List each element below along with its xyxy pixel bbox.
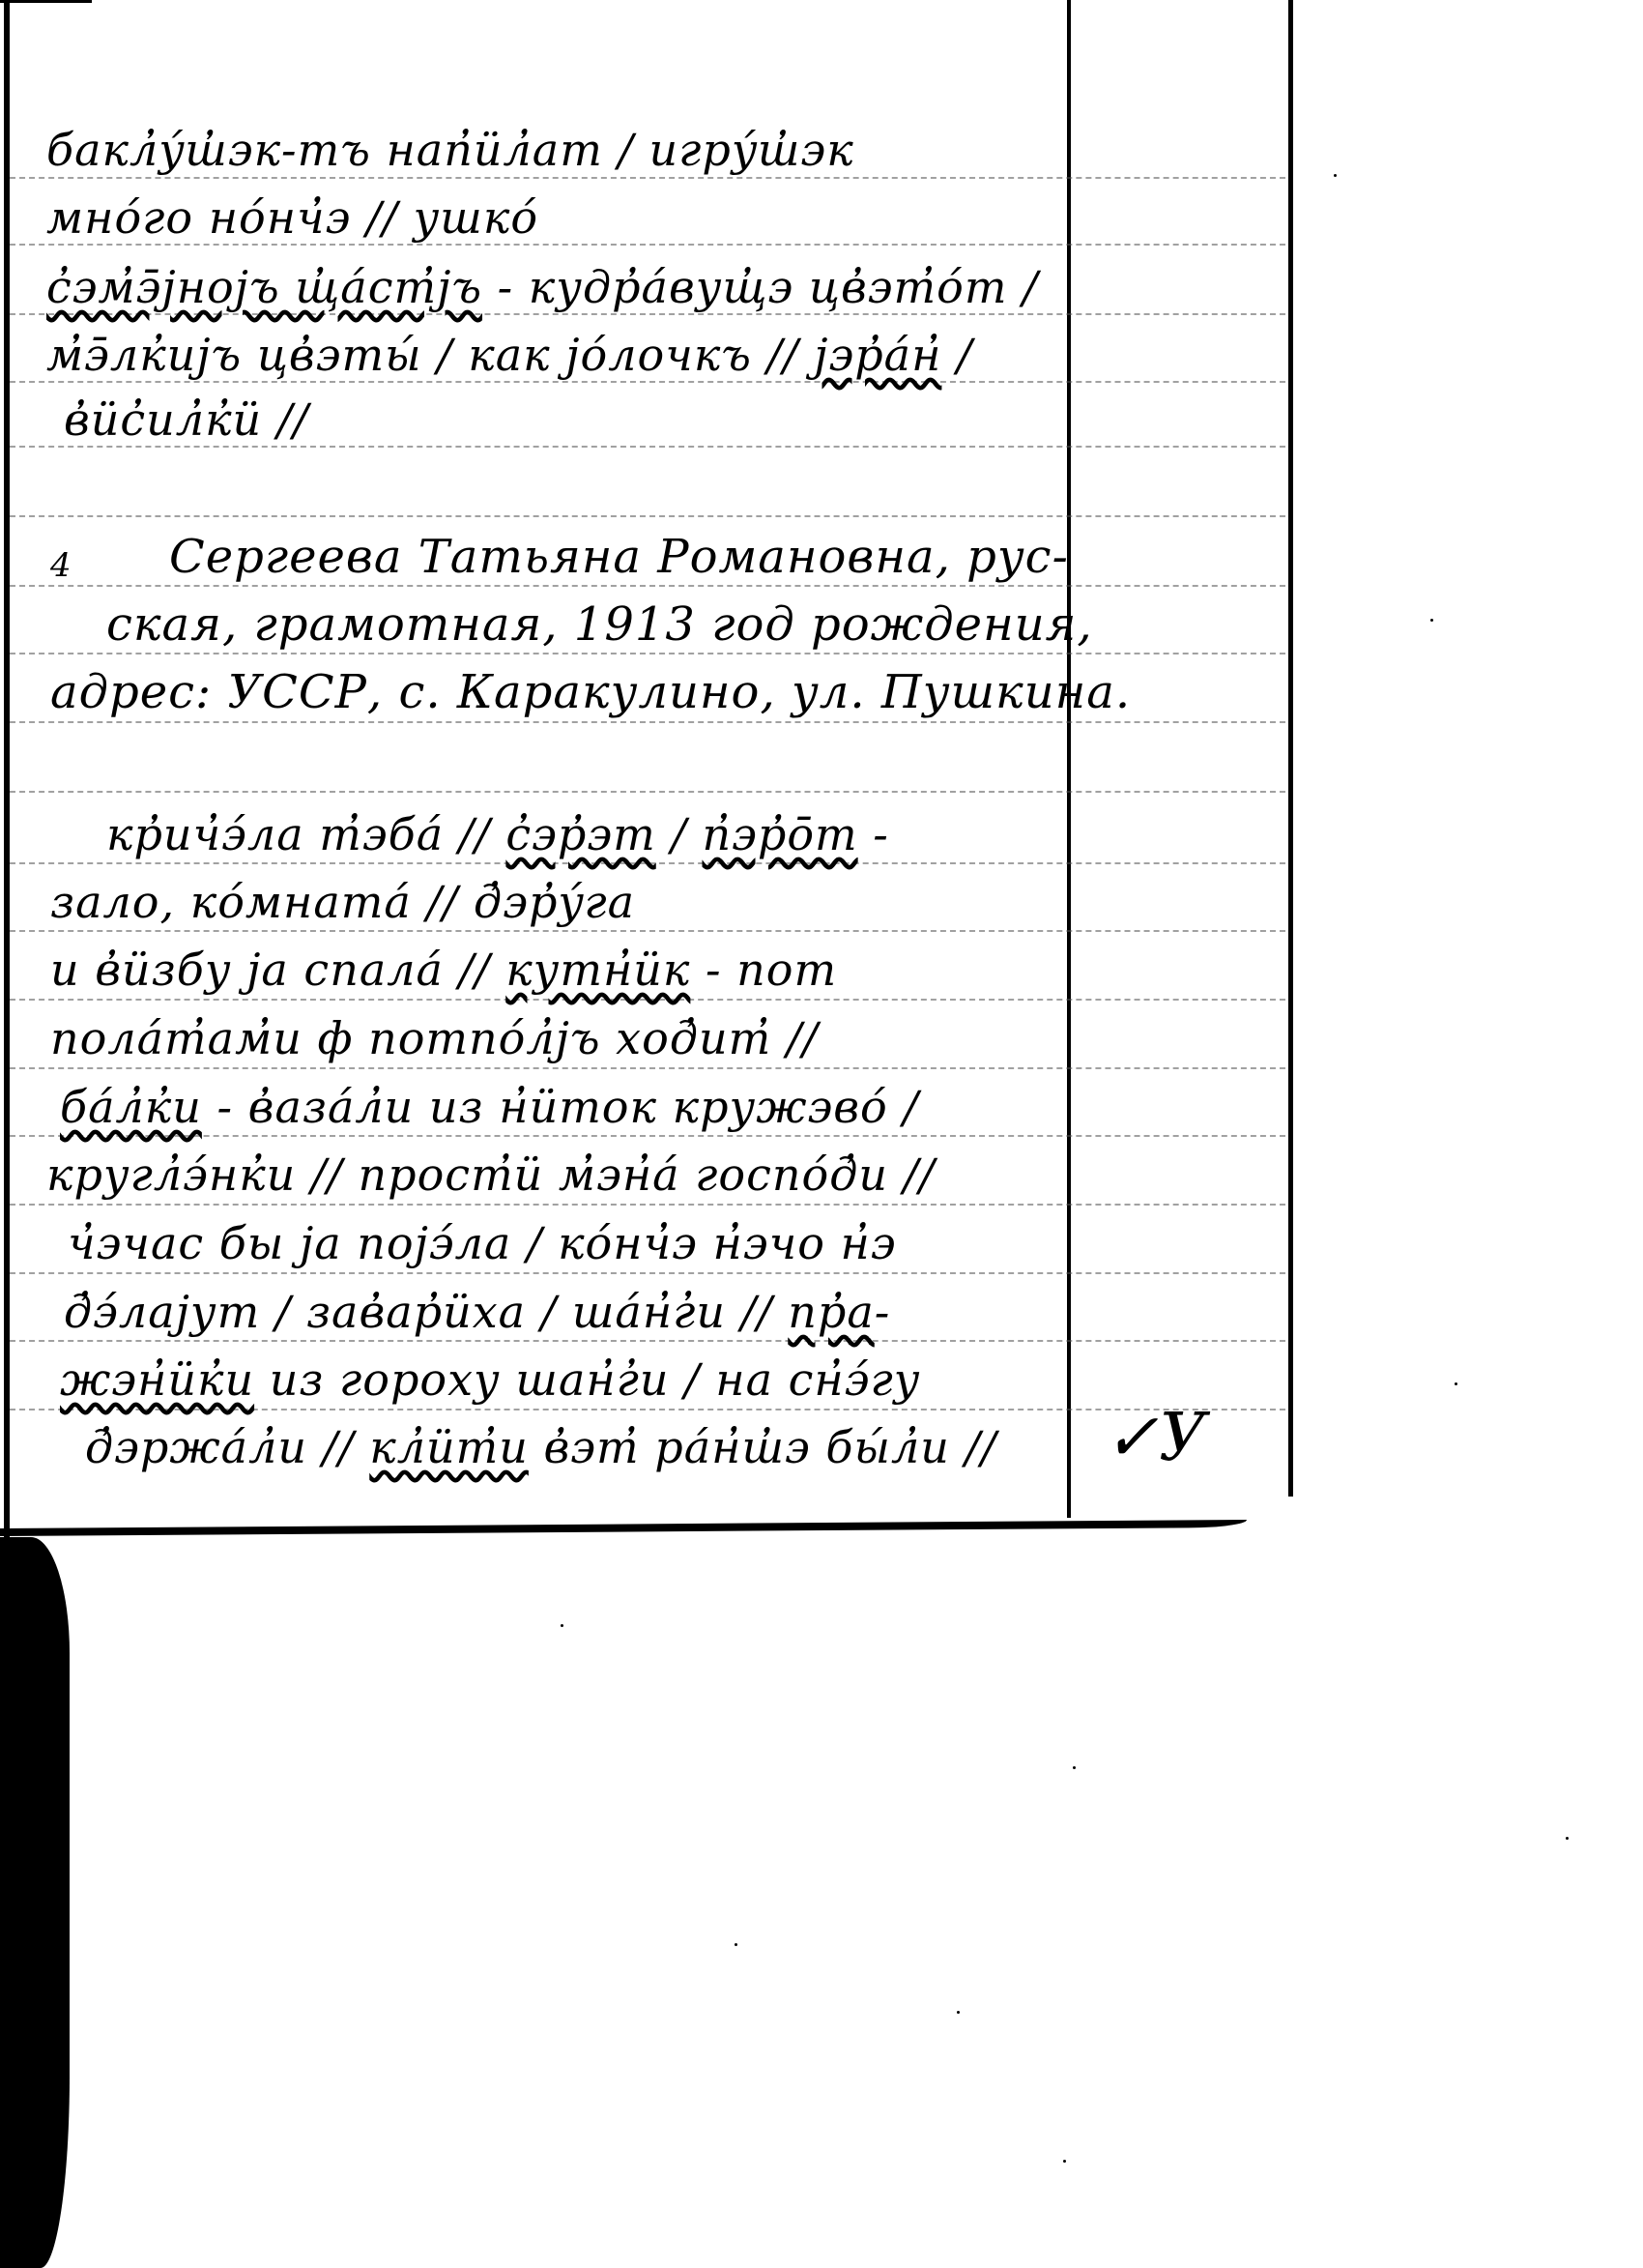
text-segment: // ушкó — [366, 191, 538, 244]
informant-line-3: адрес: УССР, с. Каракулино, ул. Пушкина. — [50, 665, 1131, 719]
text-segment: кругл̓э́нк̓и // прост̓ӥ м̓эн̓а́ госпо́д̓… — [46, 1149, 936, 1201]
text-segment: зало, ко́мната́ // д̓эр̓ýга — [50, 876, 635, 928]
text-segment: мнóго нóнч̓э — [46, 191, 366, 244]
text-line: мнóго нóнч̓э // ушкó — [46, 191, 538, 244]
text-line: кр̓ич̓э́ла т̓эба́ // с̓эр̓эт / п̓эр̓о̄т … — [106, 808, 889, 860]
ruled-line — [10, 721, 1285, 723]
text-line: бакл̓ýш̓эк-тъ нап̓ӥл̓ат / игрýш̓эк — [46, 124, 854, 176]
text-segment: / — [656, 808, 703, 860]
underlined-word: с̓эм̓э̄jнojъ щ̓áст̓jъ — [46, 261, 482, 313]
text-segment: пола́т̓ам̓и ф потпо́л̓jъ ход̓ит̓ // — [50, 1012, 819, 1064]
notebook-page: бакл̓ýш̓эк-тъ нап̓ӥл̓ат / игрýш̓эк мнóго… — [0, 0, 1643, 2268]
text-segment: в̓ӥс̓ил̓к̓ӥ // — [64, 393, 309, 446]
ruled-line — [10, 862, 1285, 864]
underlined-word: п̓эр̓о̄т — [703, 808, 858, 860]
text-segment: из гороху шан̓г̓и / на сн̓э́гу — [254, 1353, 920, 1406]
text-segment: д̓эржа́л̓и // — [85, 1421, 369, 1473]
scan-speck — [1334, 174, 1337, 177]
scan-speck — [1455, 1382, 1457, 1385]
scan-speck — [1566, 1837, 1569, 1840]
text-line: м̓э̄лк̓иjъ цв̓эты́ / как jóлочкъ // jэр̓… — [46, 329, 973, 381]
text-line: д̓э́лаjут / зав̓ар̓ӥха / ша́н̓г̓и // пр̓… — [64, 1286, 890, 1338]
ruled-line — [10, 515, 1285, 517]
ruled-line — [10, 381, 1285, 383]
margin-mark: У — [1159, 1400, 1206, 1476]
ruled-line — [10, 177, 1285, 179]
ruled-line — [10, 1067, 1285, 1069]
text-segment: / — [941, 329, 972, 381]
scan-speck — [561, 1624, 563, 1627]
text-segment: - кудр̓áвущ̓э цв̓эт̓óт / — [482, 261, 1039, 313]
ruled-line — [10, 791, 1285, 793]
scan-speck — [1063, 2160, 1066, 2163]
text-line: зало, ко́мната́ // д̓эр̓ýга — [50, 876, 635, 928]
underlined-word: жэн̓ӥк̓и — [60, 1353, 254, 1406]
bottom-page-edge — [0, 1520, 1247, 1536]
ruled-line — [10, 930, 1285, 932]
underlined-word: кл̓ӥт̓и — [369, 1421, 529, 1473]
text-segment: ч̓эчас бы jа поjэ́ла / ко́нч̓э н̓эчо н̓э — [68, 1217, 897, 1269]
text-segment: бакл̓ýш̓эк-тъ нап̓ӥл̓ат / игрýш̓эк — [46, 124, 854, 176]
text-segment: - пот — [690, 944, 837, 996]
informant-line-1: Сергеева Татьяна Романовна, рус- — [169, 530, 1069, 584]
scan-shadow — [0, 1537, 70, 2268]
ruled-line — [10, 1340, 1285, 1342]
text-line: д̓эржа́л̓и // кл̓ӥт̓и в̓эт̓ ра́н̓ш̓э бы́… — [85, 1421, 996, 1473]
text-segment: - — [875, 1286, 891, 1338]
text-line: ч̓эчас бы jа поjэ́ла / ко́нч̓э н̓эчо н̓э — [68, 1217, 897, 1269]
ruled-line — [10, 999, 1285, 1001]
text-segment: и в̓ӥзбу jа спала́ // — [50, 944, 505, 996]
top-border-stub — [0, 0, 92, 3]
underlined-word: ба́л̓к̓и — [60, 1081, 202, 1133]
ruled-line — [10, 1204, 1285, 1206]
ruled-line — [10, 653, 1285, 654]
margin-rule-line — [1067, 0, 1071, 1518]
text-line: и в̓ӥзбу jа спала́ // кутн̓ӥк - пот — [50, 944, 837, 996]
ruled-line — [10, 1409, 1285, 1410]
underlined-word: пр̓а — [788, 1286, 875, 1338]
left-page-border — [4, 0, 10, 1537]
text-segment: м̓э̄лк̓иjъ цв̓эты́ / как jóлочкъ // — [46, 329, 814, 381]
scan-speck — [1073, 1766, 1076, 1769]
ruled-line — [10, 585, 1285, 587]
informant-number: 4 — [50, 546, 72, 585]
text-line: ба́л̓к̓и - в̓аза́л̓и из н̓ӥток кружэво́ … — [60, 1081, 919, 1133]
ruled-line — [10, 1272, 1285, 1274]
underlined-word: jэр̓áн̓ — [814, 329, 941, 381]
text-segment: - в̓аза́л̓и из н̓ӥток кружэво́ / — [202, 1081, 919, 1133]
underlined-word: кутн̓ӥк — [505, 944, 690, 996]
ruled-line — [10, 244, 1285, 246]
text-line: жэн̓ӥк̓и из гороху шан̓г̓и / на сн̓э́гу — [60, 1353, 920, 1406]
underlined-word: с̓эр̓эт — [505, 808, 655, 860]
right-page-edge — [1288, 0, 1293, 1497]
ruled-line — [10, 313, 1285, 315]
text-line: пола́т̓ам̓и ф потпо́л̓jъ ход̓ит̓ // — [50, 1012, 819, 1064]
text-line: с̓эм̓э̄jнojъ щ̓áст̓jъ - кудр̓áвущ̓э цв̓э… — [46, 261, 1039, 313]
text-line: кругл̓э́нк̓и // прост̓ӥ м̓эн̓а́ госпо́д̓… — [46, 1149, 936, 1201]
text-segment: в̓эт̓ ра́н̓ш̓э бы́л̓и // — [529, 1421, 997, 1473]
ruled-line — [10, 446, 1285, 448]
scan-speck — [957, 2011, 960, 2014]
text-segment: д̓э́лаjут / зав̓ар̓ӥха / ша́н̓г̓и // — [64, 1286, 788, 1338]
informant-line-2: ская, грамотная, 1913 год рождения, — [106, 597, 1093, 652]
text-segment: - — [858, 808, 889, 860]
check-mark-icon: ✓У — [1104, 1400, 1206, 1476]
ruled-line — [10, 1135, 1285, 1137]
text-line: в̓ӥс̓ил̓к̓ӥ // — [64, 393, 309, 446]
text-segment: кр̓ич̓э́ла т̓эба́ // — [106, 808, 505, 860]
scan-speck — [1430, 619, 1433, 622]
scan-speck — [735, 1943, 737, 1946]
